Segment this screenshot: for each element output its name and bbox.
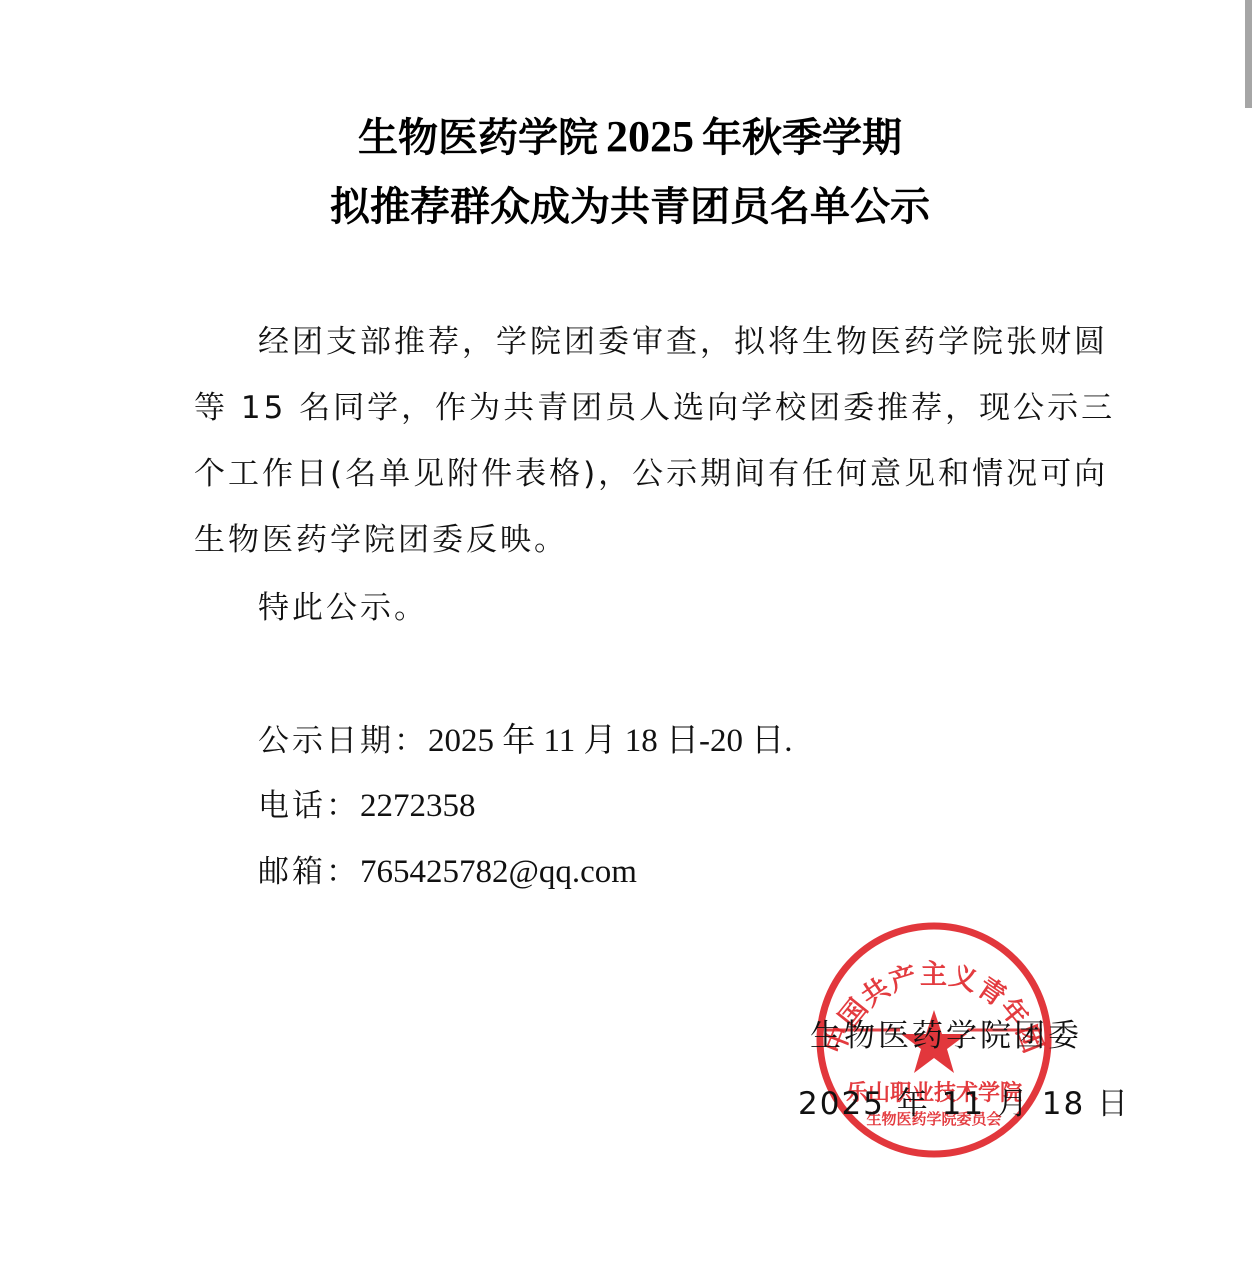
scrollbar[interactable] bbox=[1245, 0, 1252, 108]
email-row: 邮箱：765425782@qq.com bbox=[258, 846, 637, 891]
title-year: 2025 bbox=[606, 112, 694, 161]
email-value[interactable]: 765425782@qq.com bbox=[360, 854, 637, 890]
signature-date: 2025 年 11 月 18 日 bbox=[798, 1078, 1130, 1123]
phone-row: 电话：2272358 bbox=[258, 780, 476, 825]
phone-value: 2272358 bbox=[360, 788, 476, 824]
title-suffix: 年秋季学期 bbox=[702, 115, 902, 161]
period-label: 公示日期： bbox=[258, 723, 428, 759]
email-label: 邮箱： bbox=[258, 854, 360, 890]
signature-org: 生物医药学院团委 bbox=[810, 1010, 1082, 1055]
body-line-1: 经团支部推荐，学院团委审查，拟将生物医药学院张财圆 bbox=[258, 316, 1108, 361]
document-title-line2: 拟推荐群众成为共青团员名单公示 bbox=[0, 183, 1260, 231]
phone-label: 电话： bbox=[258, 788, 360, 824]
period-row: 公示日期：2025 年 11 月 18 日-20 日. bbox=[258, 714, 793, 761]
title-prefix: 生物医药学院 bbox=[358, 115, 598, 161]
closing-text: 特此公示。 bbox=[258, 582, 428, 627]
body-line-4: 生物医药学院团委反映。 bbox=[194, 514, 568, 559]
document-title-line1: 生物医药学院2025年秋季学期 bbox=[0, 113, 1260, 162]
body-line-2: 等 15 名同学，作为共青团员人选向学校团委推荐，现公示三 bbox=[194, 382, 1115, 427]
period-value: 2025 年 11 月 18 日-20 日. bbox=[428, 723, 793, 759]
body-line-3: 个工作日(名单见附件表格)，公示期间有任何意见和情况可向 bbox=[194, 448, 1108, 493]
